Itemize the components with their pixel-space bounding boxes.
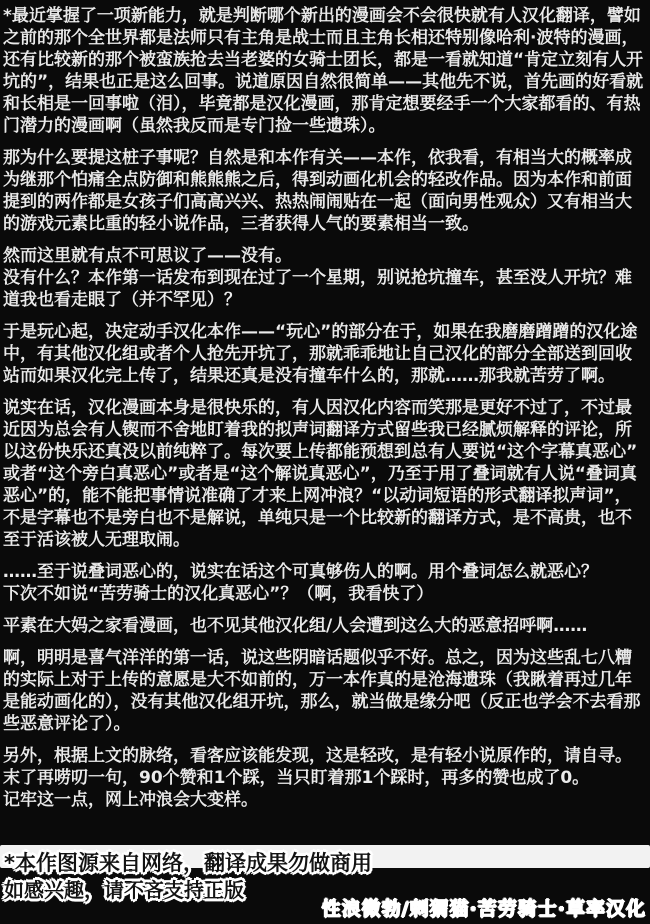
- note-line: 下次不如说“苦劳骑士的汉化真恶心”？（啊，我看快了）: [3, 583, 648, 605]
- note-paragraph: 说实在话，汉化漫画本身是很快乐的，有人因汉化内容而笑那是更好不过了，不过最近因为…: [3, 397, 648, 551]
- note-line: 没有什么？本作第一话发布到现在过了一个星期，别说抢坑撞车，甚至没人开坑？难道我也…: [3, 267, 648, 311]
- note-line: *最近掌握了一项新能力，就是判断哪个新出的漫画会不会很快就有人汉化翻译，譬如之前…: [3, 5, 648, 137]
- note-line: 然而这里就有点不可思议了——没有。: [3, 245, 648, 267]
- note-paragraph: 另外，根据上文的脉络，看客应该能发现，这是轻改，是有轻小说原作的，请自寻。末了再…: [3, 745, 648, 811]
- note-line: 末了再唠叨一句，90个赞和1个踩，当只盯着那1个踩时，再多的赞也成了0。: [3, 767, 648, 789]
- note-paragraph: 然而这里就有点不可思议了——没有。没有什么？本作第一话发布到现在过了一个星期，别…: [3, 245, 648, 311]
- note-paragraph: 那为什么要提这桩子事呢？自然是和本作有关——本作，依我看，有相当大的概率成为继那…: [3, 147, 648, 235]
- translator-note: *最近掌握了一项新能力，就是判断哪个新出的漫画会不会很快就有人汉化翻译，譬如之前…: [3, 5, 648, 821]
- note-line: 平素在大妈之家看漫画，也不见其他汉化组/人会遭到这么大的恶意招呼啊……: [3, 615, 648, 637]
- note-line: 那为什么要提这桩子事呢？自然是和本作有关——本作，依我看，有相当大的概率成为继那…: [3, 147, 648, 235]
- disclaimer-line: 如感兴趣，请不吝支持正版: [4, 877, 372, 904]
- note-line: 记牢这一点，网上冲浪会大变样。: [3, 789, 648, 811]
- note-paragraph: ……至于说叠词恶心的，说实在话这个可真够伤人的啊。用个叠词怎么就恶心？下次不如说…: [3, 561, 648, 605]
- note-line: ……至于说叠词恶心的，说实在话这个可真够伤人的啊。用个叠词怎么就恶心？: [3, 561, 648, 583]
- note-line: 另外，根据上文的脉络，看客应该能发现，这是轻改，是有轻小说原作的，请自寻。: [3, 745, 648, 767]
- note-line: 啊，明明是喜气洋洋的第一话，说这些阴暗话题似乎不好。总之，因为这些乱七八糟的实际…: [3, 647, 648, 735]
- scanlation-credit: 性浪微勃/刺猬猫·苦劳骑士·草率汉化: [322, 894, 646, 921]
- note-paragraph: *最近掌握了一项新能力，就是判断哪个新出的漫画会不会很快就有人汉化翻译，譬如之前…: [3, 5, 648, 137]
- note-paragraph: 平素在大妈之家看漫画，也不见其他汉化组/人会遭到这么大的恶意招呼啊……: [3, 615, 648, 637]
- note-paragraph: 啊，明明是喜气洋洋的第一话，说这些阴暗话题似乎不好。总之，因为这些乱七八糟的实际…: [3, 647, 648, 735]
- disclaimer-line: *本作图源来自网络，翻译成果勿做商用: [4, 850, 372, 877]
- note-line: 于是玩心起，决定动手汉化本作——“玩心”的部分在于，如果在我磨磨蹭蹭的汉化途中，…: [3, 321, 648, 387]
- source-disclaimer: *本作图源来自网络，翻译成果勿做商用 如感兴趣，请不吝支持正版: [4, 850, 372, 904]
- note-line: 说实在话，汉化漫画本身是很快乐的，有人因汉化内容而笑那是更好不过了，不过最近因为…: [3, 397, 648, 551]
- note-paragraph: 于是玩心起，决定动手汉化本作——“玩心”的部分在于，如果在我磨磨蹭蹭的汉化途中，…: [3, 321, 648, 387]
